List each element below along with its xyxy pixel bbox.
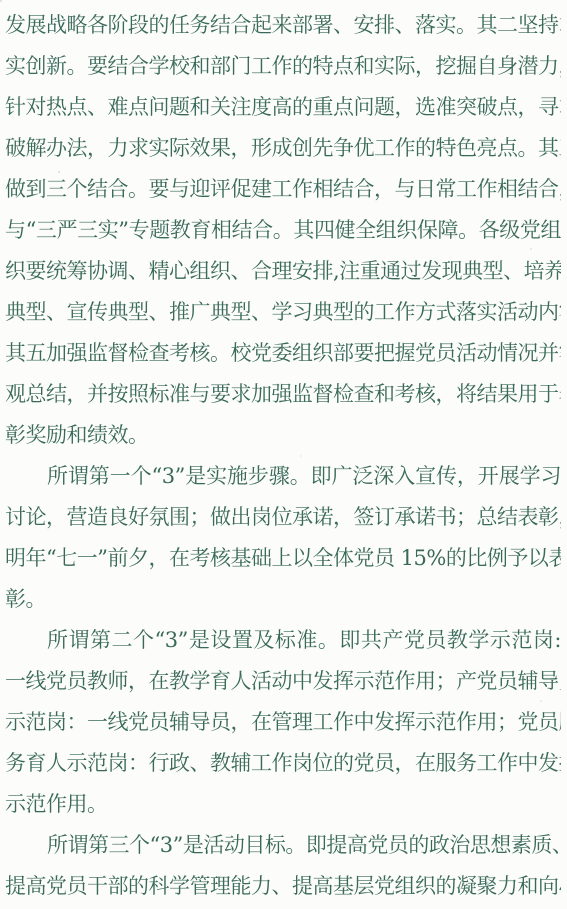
text-line: 彰。 <box>5 579 561 620</box>
text-line: 示范岗：一线党员辅导员，在管理工作中发挥示范作用；党员服 <box>5 702 561 743</box>
paragraph-3: 所谓第二个“3”是设置及标准。即共产党员教学示范岗: 一线党员教师，在教学育人活… <box>5 620 561 825</box>
document-page: 发展战略各阶段的任务结合起来部署、安排、落实。其二坚持求 实创新。要结合学校和部… <box>0 0 567 909</box>
text-line: 所谓第三个“3”是活动目标。即提高党员的政治思想素质、 <box>5 825 561 866</box>
text-line: 所谓第二个“3”是设置及标准。即共产党员教学示范岗: <box>5 620 561 661</box>
text-line: 做到三个结合。要与迎评促建工作相结合，与日常工作相结合， <box>5 169 561 210</box>
text-line: 明年“七一”前夕，在考核基础上以全体党员 15%的比例予以表 <box>5 538 561 579</box>
text-line: 示范作用。 <box>5 784 561 825</box>
text-line: 织要统筹协调、精心组织、合理安排,注重通过发现典型、培养 <box>5 251 561 292</box>
text-line: 其五加强监督检查考核。校党委组织部要把握党员活动情况并客 <box>5 333 561 374</box>
text-line: 彰奖励和绩效。 <box>5 415 561 456</box>
paragraph-1: 发展战略各阶段的任务结合起来部署、安排、落实。其二坚持求 实创新。要结合学校和部… <box>5 5 561 456</box>
text-line: 破解办法，力求实际效果，形成创先争优工作的特色亮点。其三 <box>5 128 561 169</box>
scan-speckles <box>0 0 2 2</box>
text-line: 实创新。要结合学校和部门工作的特点和实际，挖掘自身潜力， <box>5 46 561 87</box>
text-line: 针对热点、难点问题和关注度高的重点问题，选准突破点，寻求 <box>5 87 561 128</box>
text-line: 与“三严三实”专题教育相结合。其四健全组织保障。各级党组 <box>5 210 561 251</box>
text-line: 务育人示范岗：行政、教辅工作岗位的党员，在服务工作中发挥 <box>5 743 561 784</box>
paragraph-4: 所谓第三个“3”是活动目标。即提高党员的政治思想素质、 提高党员干部的科学管理能… <box>5 825 561 907</box>
text-line: 观总结，并按照标准与要求加强监督检查和考核，将结果用于表 <box>5 374 561 415</box>
text-line: 所谓第一个“3”是实施步骤。即广泛深入宣传，开展学习 <box>5 456 561 497</box>
text-line: 一线党员教师，在教学育人活动中发挥示范作用；产党员辅导员 <box>5 661 561 702</box>
text-line: 提高党员干部的科学管理能力、提高基层党组织的凝聚力和向心 <box>5 866 561 907</box>
paragraph-2: 所谓第一个“3”是实施步骤。即广泛深入宣传，开展学习 讨论，营造良好氛围；做出岗… <box>5 456 561 620</box>
text-line: 发展战略各阶段的任务结合起来部署、安排、落实。其二坚持求 <box>5 5 561 46</box>
text-line: 讨论，营造良好氛围；做出岗位承诺，签订承诺书；总结表彰， <box>5 497 561 538</box>
text-line: 典型、宣传典型、推广典型、学习典型的工作方式落实活动内容。 <box>5 292 561 333</box>
